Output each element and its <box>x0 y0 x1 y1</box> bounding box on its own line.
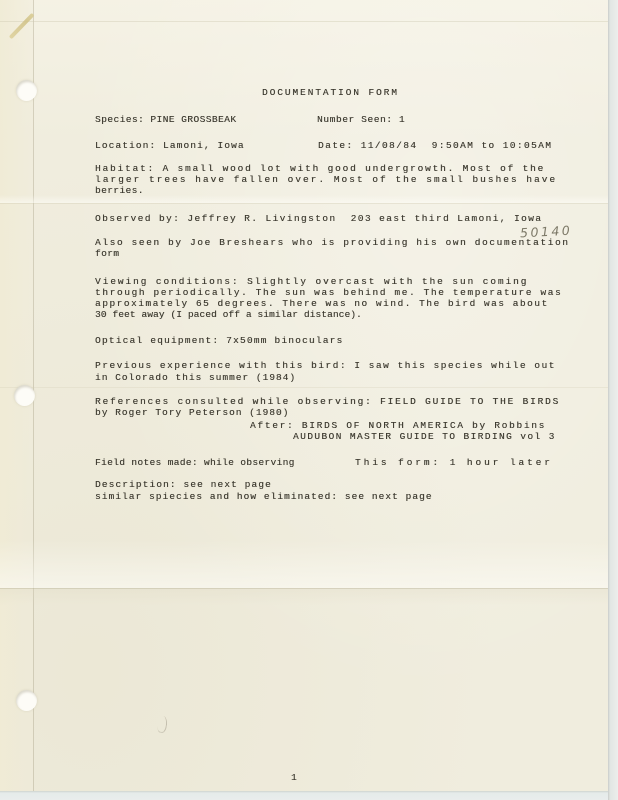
species-line-text: Species: PINE GROSSBEAK <box>95 114 236 125</box>
references-line-3-text: After: BIRDS OF NORTH AMERICA by Robbins <box>250 420 546 431</box>
also-seen-line-2-text: form <box>95 248 119 259</box>
references-line-4: AUDUBON MASTER GUIDE TO BIRDING vol 3 <box>0 431 608 442</box>
scan-background-bottom <box>0 791 608 800</box>
description-line-text: Description: see next page <box>95 479 272 490</box>
location-date-line-text: Date: 11/08/84 9:50AM to 10:05AM <box>318 140 552 151</box>
handwritten-number: 50140 <box>520 223 573 241</box>
habitat-line-3-text: berries. <box>95 185 144 196</box>
habitat-line-3: berries. <box>0 185 608 196</box>
viewing-conditions-line-1: Viewing conditions: Slightly overcast wi… <box>0 276 608 287</box>
similar-species-line: similar spiecies and how eliminated: see… <box>0 491 608 502</box>
previous-experience-line-1-text: Previous experience with this bird: I sa… <box>95 360 556 371</box>
description-line: Description: see next page <box>0 479 608 490</box>
habitat-line-1: Habitat: A small wood lot with good unde… <box>0 163 608 174</box>
optical-equipment-line-text: Optical equipment: 7x50mm binoculars <box>95 335 343 346</box>
references-line-1: References consulted while observing: FI… <box>0 396 608 407</box>
previous-experience-line-2: in Colorado this summer (1984) <box>0 372 608 383</box>
field-notes-line: Field notes made: while observingThis fo… <box>0 457 608 468</box>
species-line-text: Number Seen: 1 <box>317 114 405 125</box>
habitat-line-1-text: Habitat: A small wood lot with good unde… <box>95 163 545 174</box>
optical-equipment-line: Optical equipment: 7x50mm binoculars <box>0 335 608 346</box>
viewing-conditions-line-1-text: Viewing conditions: Slightly overcast wi… <box>95 276 528 287</box>
viewing-conditions-line-3-text: approximately 65 degrees. There was no w… <box>95 298 549 309</box>
references-line-2-text: by Roger Tory Peterson (1980) <box>95 407 289 418</box>
viewing-conditions-line-2-text: through periodically. The sun was behind… <box>95 287 562 298</box>
location-date-line-text: Location: Lamoni, Iowa <box>95 140 245 151</box>
observed-by-line-text: Observed by: Jeffrey R. Livingston 203 e… <box>95 213 542 224</box>
viewing-conditions-line-2: through periodically. The sun was behind… <box>0 287 608 298</box>
previous-experience-line-1: Previous experience with this bird: I sa… <box>0 360 608 371</box>
title-line: DOCUMENTATION FORM <box>0 87 608 98</box>
title-line-text: DOCUMENTATION FORM <box>262 87 399 98</box>
scan-background-right <box>608 0 618 800</box>
scanned-page: DOCUMENTATION FORMSpecies: PINE GROSSBEA… <box>0 0 618 800</box>
page-number: 1 <box>0 772 608 783</box>
references-line-4-text: AUDUBON MASTER GUIDE TO BIRDING vol 3 <box>293 431 556 442</box>
field-notes-line-text: Field notes made: while observing <box>95 457 295 468</box>
paper: DOCUMENTATION FORMSpecies: PINE GROSSBEA… <box>0 0 608 792</box>
species-line: Species: PINE GROSSBEAKNumber Seen: 1 <box>0 114 608 125</box>
typewritten-text-layer: DOCUMENTATION FORMSpecies: PINE GROSSBEA… <box>0 0 608 792</box>
also-seen-line-1-text: Also seen by Joe Breshears who is provid… <box>95 237 570 248</box>
previous-experience-line-2-text: in Colorado this summer (1984) <box>95 372 296 383</box>
observed-by-line: Observed by: Jeffrey R. Livingston 203 e… <box>0 213 608 224</box>
habitat-line-2: larger trees have fallen over. Most of t… <box>0 174 608 185</box>
viewing-conditions-line-4: 30 feet away (I paced off a similar dist… <box>0 309 608 320</box>
location-date-line: Location: Lamoni, IowaDate: 11/08/84 9:5… <box>0 140 608 151</box>
also-seen-line-2: form <box>0 248 608 259</box>
page-number-text: 1 <box>291 772 297 783</box>
habitat-line-2-text: larger trees have fallen over. Most of t… <box>95 174 557 185</box>
references-line-1-text: References consulted while observing: FI… <box>95 396 560 407</box>
references-line-3: After: BIRDS OF NORTH AMERICA by Robbins <box>0 420 608 431</box>
also-seen-line-1: Also seen by Joe Breshears who is provid… <box>0 237 608 248</box>
viewing-conditions-line-3: approximately 65 degrees. There was no w… <box>0 298 608 309</box>
viewing-conditions-line-4-text: 30 feet away (I paced off a similar dist… <box>95 309 362 320</box>
field-notes-line-text: This form: 1 hour later <box>355 457 553 468</box>
similar-species-line-text: similar spiecies and how eliminated: see… <box>95 491 433 502</box>
references-line-2: by Roger Tory Peterson (1980) <box>0 407 608 418</box>
